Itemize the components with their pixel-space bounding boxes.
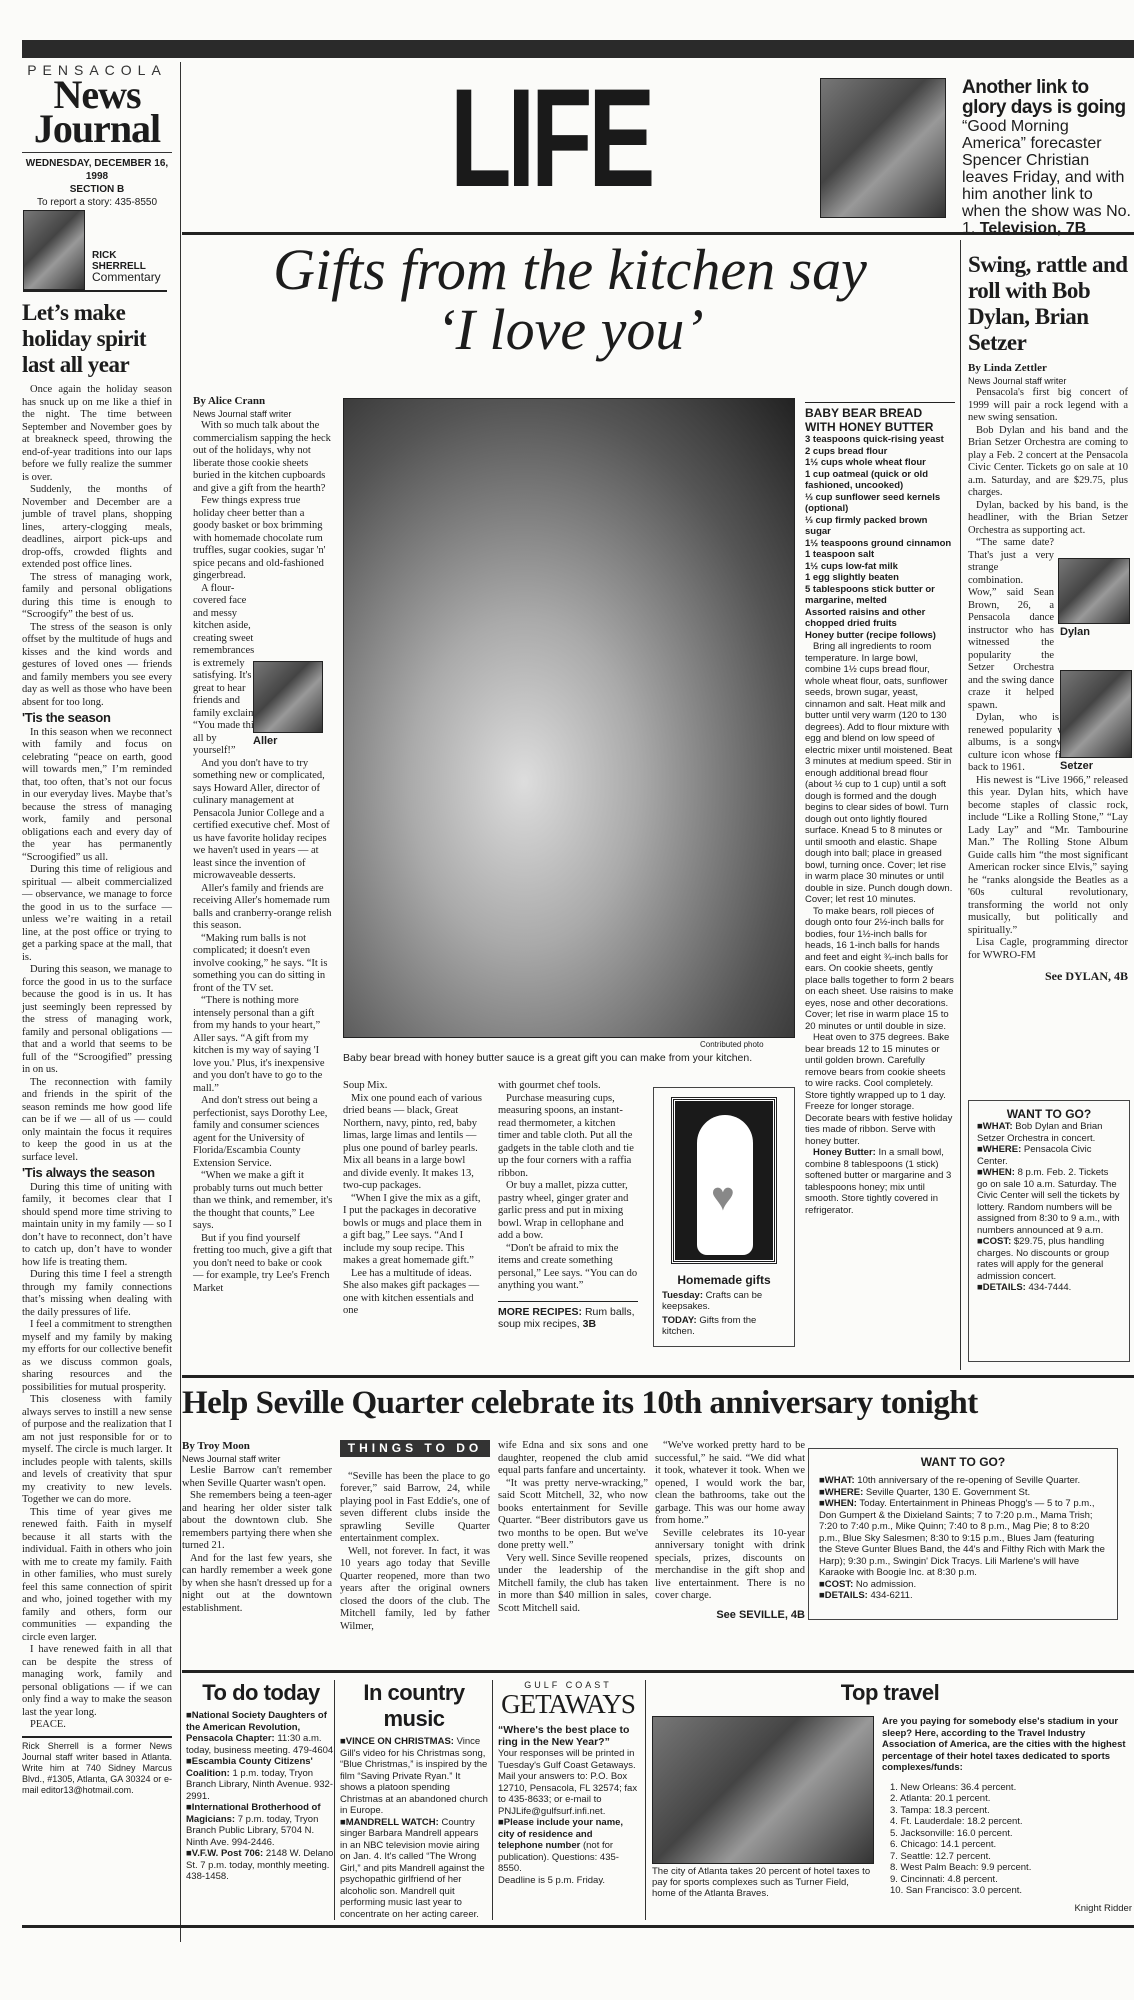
- commentary-subhead-2: 'Tis always the season: [22, 1167, 172, 1180]
- mid-rule: [182, 1375, 1134, 1378]
- dylan-want-to-go-box: WANT TO GO? WHAT: Bob Dylan and Brian Se…: [968, 1100, 1130, 1362]
- gifts-col-3: with gourmet chef tools. Purchase measur…: [498, 1080, 638, 1331]
- seville-col-1: By Troy Moon News Journal staff writer L…: [182, 1440, 332, 1615]
- commentary-author: RICK SHERRELL Commentary: [92, 250, 161, 284]
- dylan-headline: Swing, rattle and roll with Bob Dylan, B…: [968, 252, 1132, 356]
- seville-col-3: wife Edna and six sons and one daughter,…: [498, 1440, 648, 1615]
- gifts-col-2: Soup Mix. Mix one pound each of various …: [343, 1080, 483, 1318]
- travel-list: 1. New Orleans: 36.4 percent. 2. Atlanta…: [882, 1782, 1132, 1897]
- commentary-subhead-1: 'Tis the season: [22, 712, 172, 725]
- photo-caption: Baby bear bread with honey butter sauce …: [343, 1052, 803, 1064]
- travel-title: Top travel: [650, 1680, 1130, 1706]
- aller-caption: Aller: [253, 735, 277, 748]
- seville-headline: Help Seville Quarter celebrate its 10th …: [182, 1385, 1134, 1422]
- country-section: In country music VINCE ON CHRISTMAS: Vin…: [340, 1680, 488, 1920]
- homemade-gifts-box: ♥ Homemade gifts Tuesday: Crafts can be …: [653, 1087, 795, 1347]
- right-column-rule: [960, 240, 961, 1370]
- setzer-caption: Setzer: [1060, 760, 1093, 772]
- homemade-title: Homemade gifts: [654, 1273, 794, 1287]
- recipe-title: BABY BEAR BREAD WITH HONEY BUTTER: [805, 406, 955, 434]
- section-label: SECTION B: [22, 183, 172, 196]
- rick-sherrell-photo: [23, 210, 85, 290]
- dylan-jump[interactable]: See DYLAN, 4B: [968, 970, 1128, 983]
- gifts-col-1: By Alice Crann News Journal staff writer…: [193, 395, 333, 1295]
- gifts-byline: By Alice Crann: [193, 395, 333, 408]
- lower-rule: [182, 1670, 1134, 1673]
- things-to-do-label: THINGS TO DO: [340, 1440, 490, 1457]
- baby-bear-bread-photo: [343, 398, 795, 1038]
- issue-date: WEDNESDAY, DECEMBER 16, 1998: [22, 157, 172, 183]
- travel-credit: Knight Ridder: [882, 1903, 1132, 1915]
- masthead: PENSACOLA News Journal WEDNESDAY, DECEMB…: [22, 62, 172, 209]
- masthead-name-2: Journal: [22, 112, 172, 146]
- travel-list-section: Are you paying for somebody else's stadi…: [882, 1716, 1132, 1914]
- dylan-caption: Dylan: [1060, 626, 1090, 638]
- header-rule: [182, 232, 1134, 235]
- seville-jump[interactable]: See SEVILLE, 4B: [655, 1609, 805, 1622]
- aller-photo: [253, 661, 323, 733]
- commentary-label: Commentary: [92, 270, 161, 284]
- dylan-photo: [1058, 558, 1130, 624]
- travel-caption: The city of Atlanta takes 20 percent of …: [652, 1866, 874, 1899]
- gifts-headline: Gifts from the kitchen say ‘I love you’: [190, 240, 950, 360]
- left-column-rule: [180, 62, 181, 1942]
- report-line: To report a story: 435-8550: [22, 196, 172, 209]
- getaways-section: GULF COAST GETAWAYS “Where's the best pl…: [498, 1680, 638, 1886]
- more-recipes[interactable]: MORE RECIPES: Rum balls, soup mix recipe…: [498, 1301, 638, 1331]
- setzer-photo: [1060, 670, 1132, 758]
- commentary-headline: Let’s make holiday spirit last all year: [22, 300, 172, 378]
- section-title: LIFE: [450, 68, 651, 208]
- teaser-headline: Another link to glory days is going: [962, 78, 1132, 118]
- teaser[interactable]: Another link to glory days is going “Goo…: [962, 78, 1132, 237]
- seville-col-4: “We've worked pretty hard to be successf…: [655, 1440, 805, 1621]
- top-bar: [22, 40, 1134, 58]
- hand-heart-icon: ♥: [672, 1098, 776, 1263]
- seville-col-2: THINGS TO DO “Seville has been the place…: [340, 1440, 490, 1633]
- author-bio: Rick Sherrell is a former News Journal s…: [22, 1736, 172, 1796]
- photo-credit: Contributed photo: [700, 1040, 764, 1049]
- spencer-christian-photo: [820, 78, 946, 218]
- todo-section: To do today National Society Daughters o…: [186, 1680, 336, 1883]
- recipe: BABY BEAR BREAD WITH HONEY BUTTER 3 teas…: [805, 406, 955, 1216]
- gifts-staff: News Journal staff writer: [193, 408, 333, 421]
- bottom-rule: [22, 1925, 1134, 1928]
- turner-field-photo: [652, 1716, 874, 1864]
- seville-want-to-go-box: WANT TO GO? WHAT: 10th anniversary of th…: [808, 1448, 1118, 1620]
- commentary-body: Once again the holiday season has snuck …: [22, 384, 172, 1796]
